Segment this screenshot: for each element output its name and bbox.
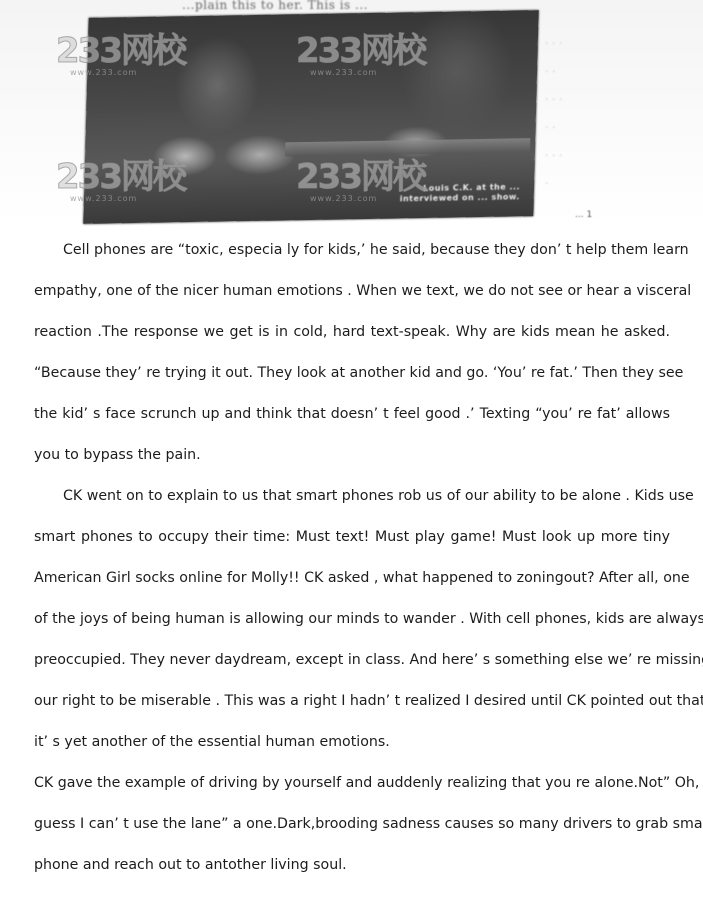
- text-line: you to bypass the pain.: [34, 441, 670, 482]
- faded-margin-text: · · ·· ·· · ·· ·· · ··: [545, 30, 585, 200]
- text-line: “Because they’ re trying it out. They lo…: [34, 359, 670, 400]
- text-line: guess I can’ t use the lane” a one.Dark,…: [34, 810, 670, 851]
- page-number-mark: ... 1: [575, 210, 592, 220]
- text-line: it’ s yet another of the essential human…: [34, 728, 670, 769]
- text-line: CK gave the example of driving by yourse…: [34, 769, 670, 810]
- text-line: Cell phones are “toxic, especia ly for k…: [34, 236, 670, 277]
- photo-caption: Louis C.K. at the ... interviewed on ...…: [390, 182, 521, 204]
- text-line: reaction .The response we get is in cold…: [34, 318, 670, 359]
- text-line: CK went on to explain to us that smart p…: [34, 482, 670, 523]
- text-line: preoccupied. They never daydream, except…: [34, 646, 670, 687]
- text-line: our right to be miserable . This was a r…: [34, 687, 670, 728]
- article-body: Cell phones are “toxic, especia ly for k…: [34, 236, 670, 892]
- document-photo: Louis C.K. at the ... interviewed on ...…: [83, 10, 538, 224]
- text-line: phone and reach out to antother living s…: [34, 851, 670, 892]
- text-line: the kid’ s face scrunch up and think tha…: [34, 400, 670, 441]
- text-line: smart phones to occupy their time: Must …: [34, 523, 670, 564]
- text-line: American Girl socks online for Molly!! C…: [34, 564, 670, 605]
- photo-desk-shape: [285, 138, 530, 156]
- text-line: empathy, one of the nicer human emotions…: [34, 277, 670, 318]
- text-line: of the joys of being human is allowing o…: [34, 605, 670, 646]
